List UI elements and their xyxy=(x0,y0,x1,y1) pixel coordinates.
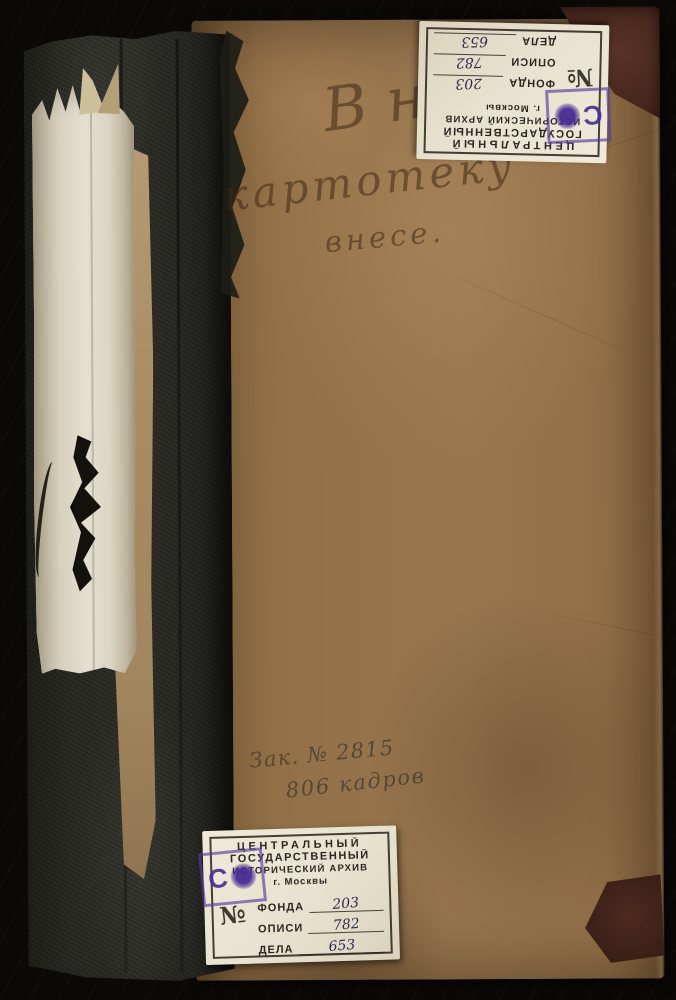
spine-label-strip xyxy=(32,85,137,674)
stamp-field-rows: ФОНДА 203 ОПИСИ 782 ДЕЛА 653 xyxy=(433,32,556,98)
stamp-field-value: 782 xyxy=(332,916,360,934)
cover-crease xyxy=(416,259,676,380)
stamp-field-label: ДЕЛА xyxy=(259,943,299,956)
stamp-field-value: 653 xyxy=(328,937,356,955)
stamp-field-line: 653 xyxy=(298,934,385,956)
stamp-field-value: 782 xyxy=(456,54,483,71)
stamp-field-line: 782 xyxy=(433,53,505,74)
photo-scene: Вне картотеку внесе. Зак. № 2815 806 кад… xyxy=(0,0,676,1000)
overstamp-ink-blob xyxy=(229,862,257,890)
stamp-field-value: 203 xyxy=(455,75,482,92)
stamp-field-value: 203 xyxy=(332,895,360,913)
cover-fore-edge xyxy=(650,18,664,978)
stamp-field-line: 203 xyxy=(433,74,504,95)
stamp-field-label: ОПИСИ xyxy=(258,922,309,935)
stamp-field-row: ДЕЛА 653 xyxy=(258,932,385,957)
stamp-field-label: ДЕЛА xyxy=(516,34,556,47)
stamp-field-row: ДЕЛА 653 xyxy=(434,32,556,56)
overstamp-ink-blob xyxy=(554,103,581,130)
stamp-field-value: 653 xyxy=(461,33,488,50)
stamp-field-row: ОПИСИ 782 xyxy=(258,911,385,936)
purple-overstamp: С xyxy=(198,847,267,907)
stamp-field-label: ОПИСИ xyxy=(505,55,555,68)
overstamp-letter: С xyxy=(207,862,230,895)
overstamp-letter: С xyxy=(581,99,603,131)
stamp-field-row: ОПИСИ 782 xyxy=(433,53,555,77)
stamp-field-row: ФОНДА 203 xyxy=(257,890,384,915)
stamp-field-rows: ФОНДА 203 ОПИСИ 782 ДЕЛА 653 xyxy=(257,890,385,957)
stamp-field-line: 653 xyxy=(434,32,517,53)
strip-tear-hole xyxy=(70,435,107,591)
purple-overstamp: С xyxy=(545,87,611,144)
spine-fold-line xyxy=(176,39,184,973)
stamp-field-line: 203 xyxy=(309,892,384,913)
archive-label-bottom: С ЦЕНТРАЛЬНЫЙ ГОСУДАРСТВЕННЫЙ ИСТОРИЧЕСК… xyxy=(202,825,400,965)
strip-seam xyxy=(90,85,95,673)
book-cover: Вне картотеку внесе. Зак. № 2815 806 кад… xyxy=(23,6,664,993)
stamp-field-label: ФОНДА xyxy=(257,901,309,915)
stamp-field-row: ФОНДА 203 xyxy=(433,74,555,98)
stamp-field-label: ФОНДА xyxy=(503,76,555,89)
cover-crease xyxy=(497,602,676,656)
archive-label-top: С ЦЕНТРАЛЬНЫЙ ГОСУДАРСТВЕННЫЙ ИСТОРИЧЕСК… xyxy=(416,21,609,163)
stamp-field-line: 782 xyxy=(308,913,384,934)
